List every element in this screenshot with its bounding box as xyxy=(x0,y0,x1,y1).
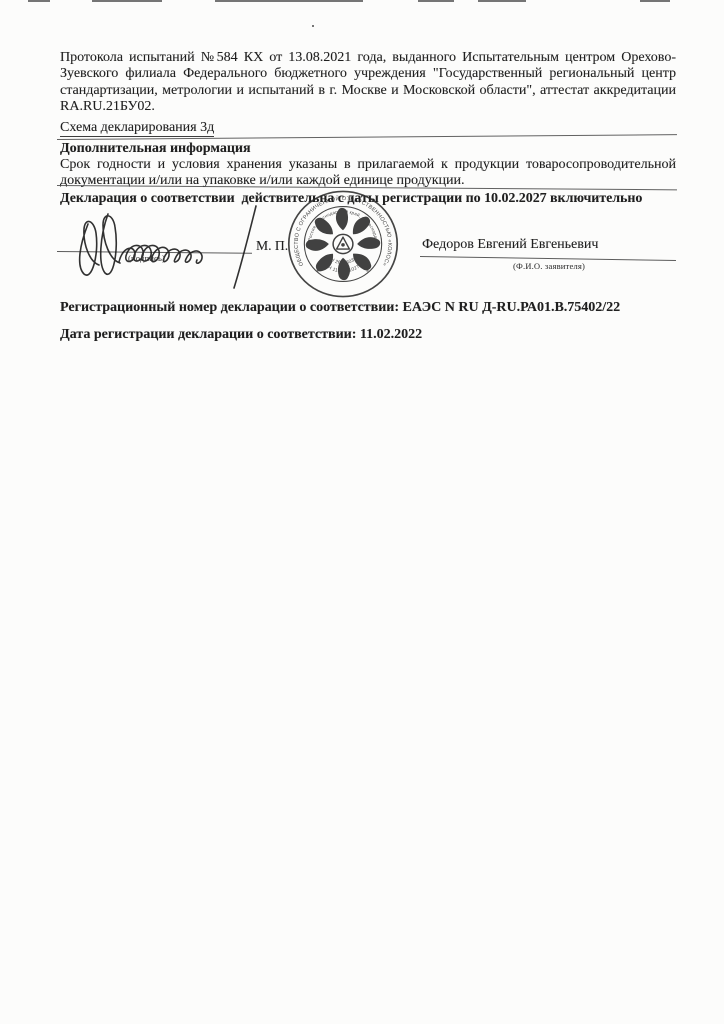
company-round-stamp: ОБЩЕСТВО С ОГРАНИЧЕННОЙ ОТВЕТСТВЕННОСТЬЮ… xyxy=(277,180,409,308)
scan-noise xyxy=(215,0,363,2)
scan-noise xyxy=(640,0,670,2)
additional-info-header: Дополнительная информация xyxy=(60,141,251,157)
declaration-scheme-line: Схема декларирования 3д xyxy=(60,120,214,136)
stamp-outer-ring-text: ОБЩЕСТВО С ОГРАНИЧЕННОЙ ОТВЕТСТВЕННОСТЬЮ… xyxy=(294,194,393,267)
protocol-paragraph: Протокола испытаний №584 КХ от 13.08.202… xyxy=(60,50,676,115)
stamp-sun-emblem xyxy=(306,208,380,280)
scan-noise xyxy=(418,0,454,2)
registration-number-line: Регистрационный номер декларации о соотв… xyxy=(60,300,620,316)
scanned-declaration-page: Протокола испытаний №584 КХ от 13.08.202… xyxy=(0,0,724,1024)
declaration-scheme-text: Схема декларирования 3д xyxy=(60,120,214,137)
applicant-caption: (Ф.И.О. заявителя) xyxy=(513,262,585,271)
scan-noise xyxy=(92,0,162,2)
scan-noise xyxy=(478,0,526,2)
scan-noise xyxy=(28,0,50,2)
registration-date-line: Дата регистрации декларации о соответств… xyxy=(60,327,422,343)
signature-caption: (подпись) xyxy=(128,254,165,263)
applicant-name: Федоров Евгений Евгеньевич xyxy=(422,237,598,253)
scan-speck xyxy=(312,25,314,27)
handwritten-signature xyxy=(72,202,260,290)
